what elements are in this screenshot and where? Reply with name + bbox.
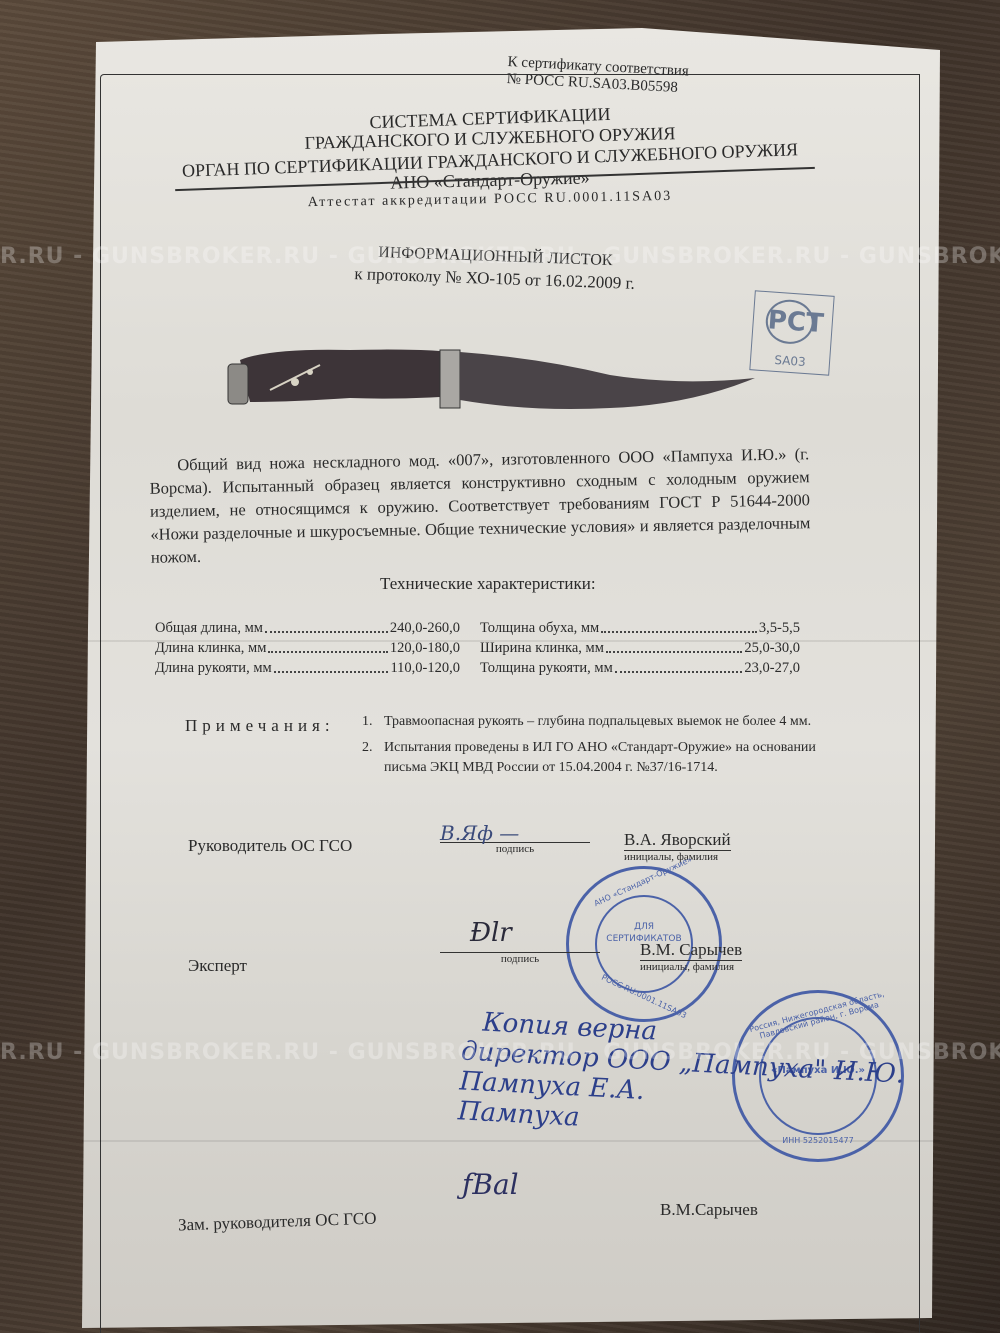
head-name: В.А. Яворский bbox=[624, 830, 731, 851]
watermark: R.RU - GUNSBROKER.RU - GUNSBROKER.RU - G… bbox=[0, 1040, 1000, 1065]
spec-row: Длина клинка, мм120,0-180,0 bbox=[155, 638, 460, 658]
expert-name-block: В.М. Сарычев инициалы, фамилия bbox=[640, 940, 742, 973]
rst-logo-icon: РСТ bbox=[764, 298, 815, 345]
deputy-signature: ƒBal bbox=[462, 1170, 519, 1200]
note-item: 1.Травмоопасная рукоять – глубина подпал… bbox=[362, 712, 822, 732]
spec-label: Длина клинка, мм bbox=[155, 638, 266, 658]
spec-row: Длина рукояти, мм110,0-120,0 bbox=[155, 658, 460, 678]
spec-label: Длина рукояти, мм bbox=[155, 658, 272, 678]
note-number: 2. bbox=[362, 738, 384, 778]
spec-value: 23,0-27,0 bbox=[744, 658, 800, 678]
name-caption: инициалы, фамилия bbox=[640, 961, 742, 973]
expert-name: В.М. Сарычев bbox=[640, 940, 742, 961]
spec-value: 120,0-180,0 bbox=[390, 638, 460, 658]
spec-value: 3,5-5,5 bbox=[759, 618, 800, 638]
spec-value: 25,0-30,0 bbox=[744, 638, 800, 658]
spec-row: Общая длина, мм240,0-260,0 bbox=[155, 618, 460, 638]
spec-label: Ширина клинка, мм bbox=[480, 638, 604, 658]
expert-role: Эксперт bbox=[188, 956, 247, 976]
expert-signature: Ðlr bbox=[440, 918, 600, 953]
head-role: Руководитель ОС ГСО bbox=[188, 836, 352, 856]
signature-caption: подпись bbox=[440, 953, 600, 965]
spec-value: 110,0-120,0 bbox=[390, 658, 460, 678]
issuer-header: СИСТЕМА СЕРТИФИКАЦИИ ГРАЖДАНСКОГО И СЛУЖ… bbox=[160, 108, 820, 210]
head-signature-block: В.Яф — подпись bbox=[440, 818, 590, 855]
deputy-name: В.М.Сарычев bbox=[660, 1200, 758, 1220]
specs-table: Общая длина, мм240,0-260,0 Толщина обуха… bbox=[155, 618, 795, 678]
note-text: Травмоопасная рукоять – глубина подпальц… bbox=[384, 712, 811, 732]
description-text: Общий вид ножа нескладного мод. «007», и… bbox=[149, 442, 811, 569]
head-signature: В.Яф — bbox=[440, 818, 590, 843]
certification-code: SA03 bbox=[751, 351, 830, 370]
spec-label: Толщина обуха, мм bbox=[480, 618, 599, 638]
spec-row: Толщина рукояти, мм23,0-27,0 bbox=[480, 658, 800, 678]
certification-mark: РСТ SA03 bbox=[749, 290, 834, 375]
head-name-block: В.А. Яворский инициалы, фамилия bbox=[624, 830, 731, 863]
watermark: R.RU - GUNSBROKER.RU - GUNSBROKER.RU - G… bbox=[0, 244, 1000, 269]
spec-label: Общая длина, мм bbox=[155, 618, 263, 638]
spec-row: Толщина обуха, мм3,5-5,5 bbox=[480, 618, 800, 638]
handwritten-note: Копия верна директор ООО „Пампуха" И.Ю. … bbox=[457, 1006, 907, 1149]
spec-value: 240,0-260,0 bbox=[390, 618, 460, 638]
spec-row: Ширина клинка, мм25,0-30,0 bbox=[480, 638, 800, 658]
notes-label: Примечания: bbox=[185, 716, 335, 736]
notes-list: 1.Травмоопасная рукоять – глубина подпал… bbox=[362, 712, 822, 784]
note-text: Испытания проведены в ИЛ ГО АНО «Стандар… bbox=[384, 738, 822, 778]
spec-label: Толщина рукояти, мм bbox=[480, 658, 613, 678]
expert-signature-block: Ðlr подпись bbox=[440, 918, 600, 965]
product-description: Общий вид ножа нескладного мод. «007», и… bbox=[149, 442, 811, 569]
note-item: 2.Испытания проведены в ИЛ ГО АНО «Станд… bbox=[362, 738, 822, 778]
knife-illustration bbox=[210, 320, 770, 410]
specs-title: Технические характеристики: bbox=[380, 574, 596, 594]
note-number: 1. bbox=[362, 712, 384, 732]
